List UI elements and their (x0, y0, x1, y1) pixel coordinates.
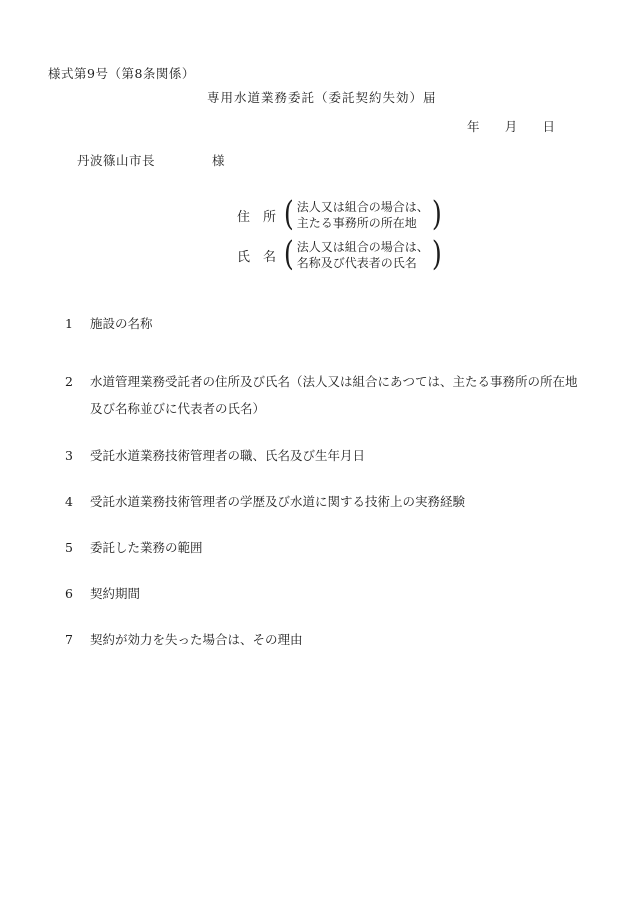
submitter-name-row: 氏 名 ( 法人又は組合の場合は、 名称及び代表者の氏名 ) (237, 237, 442, 273)
submitter-address-row: 住 所 ( 法人又は組合の場合は、 主たる事務所の所在地 ) (237, 197, 442, 233)
item-number: 3 (65, 442, 73, 469)
item-text: 水道管理業務受託者の住所及び氏名（法人又は組合にあつては、主たる事務所の所在地 … (90, 368, 602, 422)
item-number: 7 (65, 626, 73, 653)
item-text: 契約が効力を失った場合は、その理由 (90, 626, 602, 653)
open-paren-glyph: ( (284, 238, 294, 272)
item-number: 1 (65, 310, 73, 337)
date-day-label: 日 (542, 117, 555, 135)
close-paren-glyph: ) (432, 198, 442, 232)
item-text: 受託水道業務技術管理者の職、氏名及び生年月日 (90, 442, 602, 469)
address-label: 住 所 (237, 206, 276, 225)
item-text: 契約期間 (90, 580, 602, 607)
item-text: 受託水道業務技術管理者の学歴及び水道に関する技術上の実務経験 (90, 488, 602, 515)
close-paren-glyph: ) (432, 238, 442, 272)
date-month-label: 月 (505, 117, 518, 135)
open-paren-glyph: ( (284, 198, 294, 232)
date-year-label: 年 (467, 117, 480, 135)
item-text: 委託した業務の範囲 (90, 534, 602, 561)
item-text: 施設の名称 (90, 310, 602, 337)
item-number: 5 (65, 534, 73, 561)
item-number: 2 (65, 368, 73, 395)
name-note: 法人又は組合の場合は、 名称及び代表者の氏名 (297, 239, 429, 271)
address-note: 法人又は組合の場合は、 主たる事務所の所在地 (297, 199, 429, 231)
item-number: 4 (65, 488, 73, 515)
addressee-honorific: 様 (212, 151, 225, 169)
name-label: 氏 名 (237, 246, 276, 265)
item-number: 6 (65, 580, 73, 607)
addressee-name: 丹波篠山市長 (77, 151, 155, 169)
date-line: 年 月 日 (467, 117, 555, 135)
document-title: 専用水道業務委託（委託契約失効）届 (207, 88, 437, 106)
form-number: 様式第9号（第8条関係） (48, 64, 195, 82)
document-page: 様式第9号（第8条関係） 専用水道業務委託（委託契約失効）届 年 月 日 丹波篠… (0, 0, 630, 903)
